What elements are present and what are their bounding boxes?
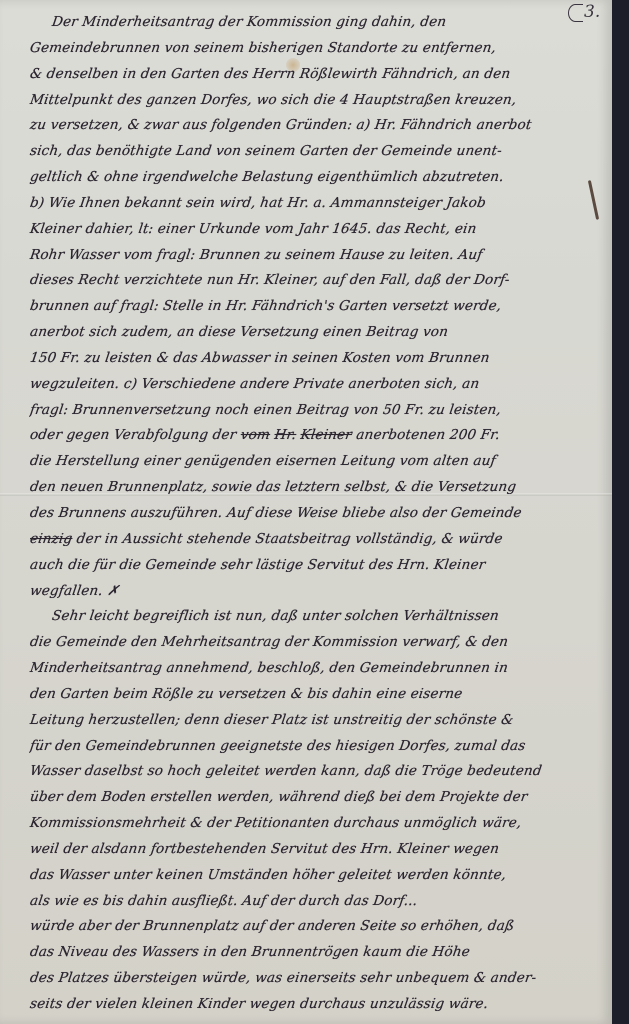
handwritten-line: den neuen Brunnenplatz, sowie das letzte… [29,479,599,495]
handwritten-line: das Niveau des Wassers in den Brunnentrö… [29,944,599,960]
handwritten-line: seits der vielen kleinen Kinder wegen du… [29,996,599,1012]
handwritten-line: die Gemeinde den Mehrheitsantrag der Kom… [29,634,599,650]
handwritten-line: oder gegen Verabfolgung der vom Hr. Klei… [29,427,599,443]
handwritten-line: Gemeindebrunnen von seinem bisherigen St… [29,40,599,56]
handwritten-line: über dem Boden erstellen werden, während… [29,789,599,805]
handwritten-line: geltlich & ohne irgendwelche Belastung e… [29,169,599,185]
handwritten-line: würde aber der Brunnenplatz auf der ande… [29,918,599,934]
handwritten-line: Mittelpunkt des ganzen Dorfes, wo sich d… [29,92,599,108]
handwritten-line: 150 Fr. zu leisten & das Abwasser in sei… [29,350,599,366]
handwritten-line: Minderheitsantrag annehmend, beschloß, d… [29,660,599,676]
handwritten-line: & denselben in den Garten des Herrn Rößl… [29,66,599,82]
handwritten-line: Kleiner dahier, lt: einer Urkunde vom Ja… [29,221,599,237]
handwritten-line: anerbot sich zudem, an diese Versetzung … [29,324,599,340]
handwritten-line: des Platzes übersteigen würde, was einer… [29,970,599,986]
handwritten-line: den Garten beim Rößle zu versetzen & bis… [29,686,599,702]
handwritten-line: Leitung herzustellen; denn dieser Platz … [29,712,599,728]
handwritten-line: das Wasser unter keinen Umständen höher … [29,867,599,883]
handwritten-line: Wasser daselbst so hoch geleitet werden … [29,763,599,779]
handwritten-line: wegfallen. ✗ [29,583,599,599]
handwritten-line: fragl: Brunnenversetzung noch einen Beit… [29,402,599,418]
handwritten-line: Kommissionsmehrheit & der Petitionanten … [29,815,599,831]
handwritten-line: b) Wie Ihnen bekannt sein wird, hat Hr. … [29,195,599,211]
handwritten-line: des Brunnens auszuführen. Auf diese Weis… [29,505,599,521]
handwritten-line: Der Minderheitsantrag der Kommission gin… [51,14,599,30]
handwritten-line: zu versetzen, & zwar aus folgenden Gründ… [29,117,599,133]
handwritten-line: einzig der in Aussicht stehende Staatsbe… [29,531,599,547]
handwritten-line: sich, das benöthigte Land von seinem Gar… [29,143,599,159]
handwritten-line: für den Gemeindebrunnen geeignetste des … [29,738,599,754]
manuscript-page: 3. Der Minderheitsantrag der Kommission … [0,0,612,1024]
handwritten-line: wegzuleiten. c) Verschiedene andere Priv… [29,376,599,392]
handwritten-line: brunnen auf fragl: Stelle in Hr. Fähndri… [29,298,599,314]
handwritten-line: Sehr leicht begreiflich ist nun, daß unt… [51,608,599,624]
handwritten-line: auch die für die Gemeinde sehr lästige S… [29,557,599,573]
handwritten-line: dieses Recht verzichtete nun Hr. Kleiner… [29,272,599,288]
handwritten-line: als wie es bis dahin ausfließt. Auf der … [29,893,599,909]
handwritten-line: Rohr Wasser vom fragl: Brunnen zu seinem… [29,247,599,263]
handwritten-line: weil der alsdann fortbestehenden Servitu… [29,841,599,857]
handwritten-line: die Herstellung einer genügenden eiserne… [29,453,599,469]
